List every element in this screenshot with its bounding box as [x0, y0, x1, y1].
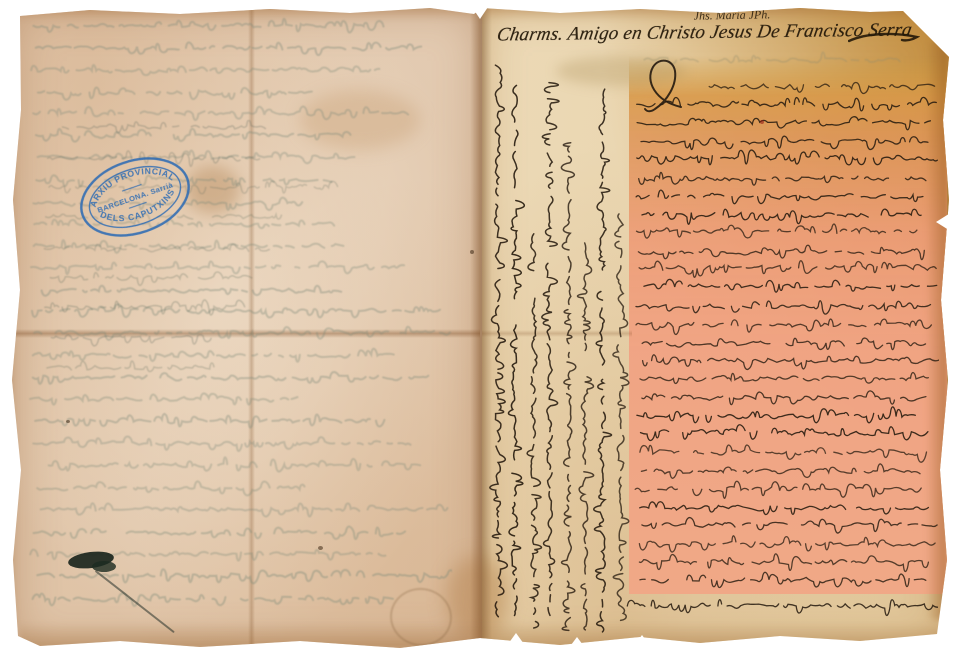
vertical-margin-note — [488, 28, 630, 634]
horizontal-crease — [14, 329, 480, 338]
opening-capital-flourish — [637, 57, 693, 115]
salutation-flourish — [848, 30, 920, 46]
vertical-margin-note-lines — [488, 28, 630, 634]
red-speck — [760, 120, 764, 124]
vertical-crease — [248, 8, 255, 648]
ink-speck — [66, 420, 70, 423]
paper-stain — [300, 90, 420, 150]
paper-sheet: Jhs. Maria JPh. Charms. Amigo en Christo… — [0, 0, 960, 668]
edge-burn — [20, 622, 940, 648]
manuscript-scan: Jhs. Maria JPh. Charms. Amigo en Christo… — [0, 0, 960, 668]
ink-speck — [318, 546, 323, 550]
edge-burn — [926, 40, 948, 620]
discoloration-overlay — [629, 56, 947, 594]
ink-speck — [470, 250, 474, 254]
